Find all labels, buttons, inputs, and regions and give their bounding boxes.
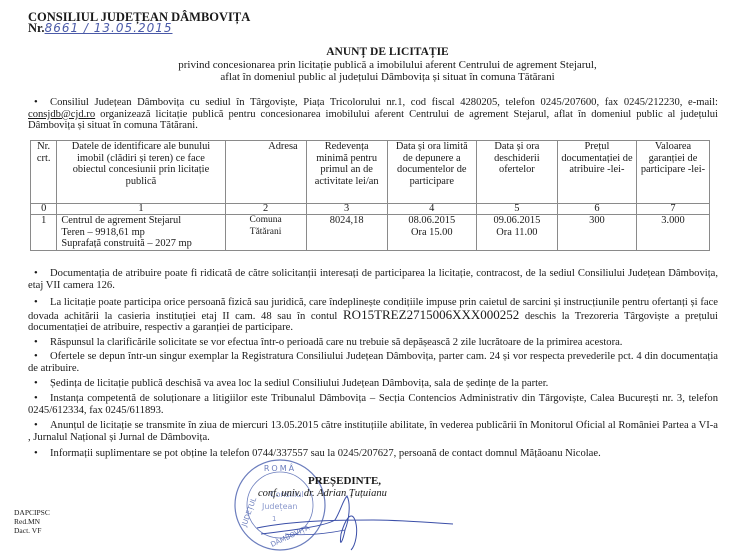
bullet-contact: •Informații suplimentare se pot obține l… [28, 448, 718, 460]
header-guarantee: Valoarea garanției de participare -lei- [636, 141, 709, 204]
nr-handwritten-value: 8661 / 13.05.2015 [45, 21, 173, 35]
cell-address: Comuna Tătărani [225, 215, 306, 251]
bullet-icon: • [28, 351, 50, 363]
bullet-icon: • [28, 420, 50, 432]
bullet-documentation: •Documentația de atribuire poate fi ridi… [28, 268, 718, 291]
table-column-number-row: 0 1 2 3 4 5 6 7 [31, 204, 710, 215]
bullet-offers: •Ofertele se depun într-un singur exempl… [28, 351, 718, 374]
colnum: 7 [636, 204, 709, 215]
bullet-participation: •La licitație poate participa orice pers… [28, 297, 718, 334]
bullet-court: •Instanța competentă de soluționare a li… [28, 393, 718, 416]
header-deadline: Data și ora limită de depunere a documen… [387, 141, 476, 204]
svg-text:ROMÂ: ROMÂ [264, 462, 296, 473]
header-description: Datele de identificare ale bunului imobi… [57, 141, 225, 204]
bullet-session: •Ședința de licitație publică deschisă v… [28, 378, 718, 390]
bullet-clarifications: •Răspunsul la clarificările solicitate s… [28, 337, 718, 349]
cell-opening: 09.06.2015 Ora 11.00 [476, 215, 557, 251]
header-nr: Nr. crt. [31, 141, 57, 204]
cell-doc-price: 300 [557, 215, 636, 251]
cell-nr: 1 [31, 215, 57, 251]
cell-min-fee: 8024,18 [306, 215, 387, 251]
bullet-icon: • [28, 393, 50, 405]
colnum: 6 [557, 204, 636, 215]
colnum: 4 [387, 204, 476, 215]
nr-label: Nr. [28, 21, 45, 35]
bullet-publication: •Anunțul de licitație se transmite în zi… [28, 420, 718, 443]
bullet-icon: • [28, 448, 50, 460]
bullet-icon: • [28, 337, 50, 349]
table-row: 1 Centrul de agrement Stejarul Teren – 9… [31, 215, 710, 251]
colnum: 1 [57, 204, 225, 215]
cell-guarantee: 3.000 [636, 215, 709, 251]
email-link[interactable]: consjdb@cjd.ro [28, 109, 95, 120]
bullet-icon: • [28, 378, 50, 390]
bullet-icon: • [28, 297, 50, 309]
colnum: 3 [306, 204, 387, 215]
header-address: Adresa [225, 141, 306, 204]
header-min-fee: Redevența minimă pentru primul an de act… [306, 141, 387, 204]
bullet-icon: • [28, 268, 50, 280]
header-opening: Data și ora deschiderii ofertelor [476, 141, 557, 204]
header-doc-price: Prețul documentației de atribuire -lei- [557, 141, 636, 204]
table-header-row: Nr. crt. Datele de identificare ale bunu… [31, 141, 710, 204]
intro-paragraph: •Consiliul Județean Dâmbovița cu sediul … [28, 97, 718, 132]
subtitle-line-1: privind concesionarea prin licitație pub… [0, 59, 740, 71]
footer-typist: Dact. VF [14, 527, 41, 536]
subtitle-line-2: aflat în domeniul public al județului Dâ… [0, 71, 740, 83]
bullet-icon: • [28, 97, 50, 109]
cell-description: Centrul de agrement Stejarul Teren – 991… [57, 215, 225, 251]
auction-table: Nr. crt. Datele de identificare ale bunu… [30, 140, 710, 251]
colnum: 2 [225, 204, 306, 215]
colnum: 0 [31, 204, 57, 215]
registration-number: Nr.8661 / 13.05.2015 [28, 21, 172, 36]
cell-deadline: 08.06.2015 Ora 15.00 [387, 215, 476, 251]
handwritten-signature-icon [255, 490, 455, 552]
signatory-title: PREȘEDINTE, [308, 475, 381, 487]
colnum: 5 [476, 204, 557, 215]
document-title: ANUNȚ DE LICITAȚIE [0, 46, 740, 58]
bank-account: RO15TREZ2715006XXX000252 [343, 307, 519, 322]
